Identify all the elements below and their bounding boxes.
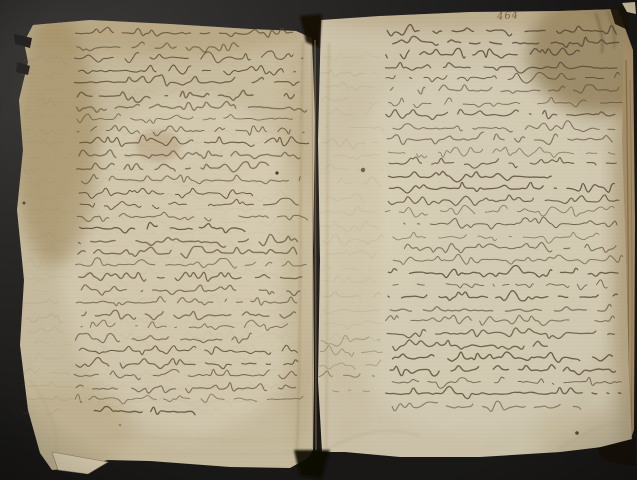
manuscript-scan-viewer: 464 (0, 0, 637, 480)
vignette (0, 0, 637, 480)
book-scan: 464 (0, 0, 637, 480)
